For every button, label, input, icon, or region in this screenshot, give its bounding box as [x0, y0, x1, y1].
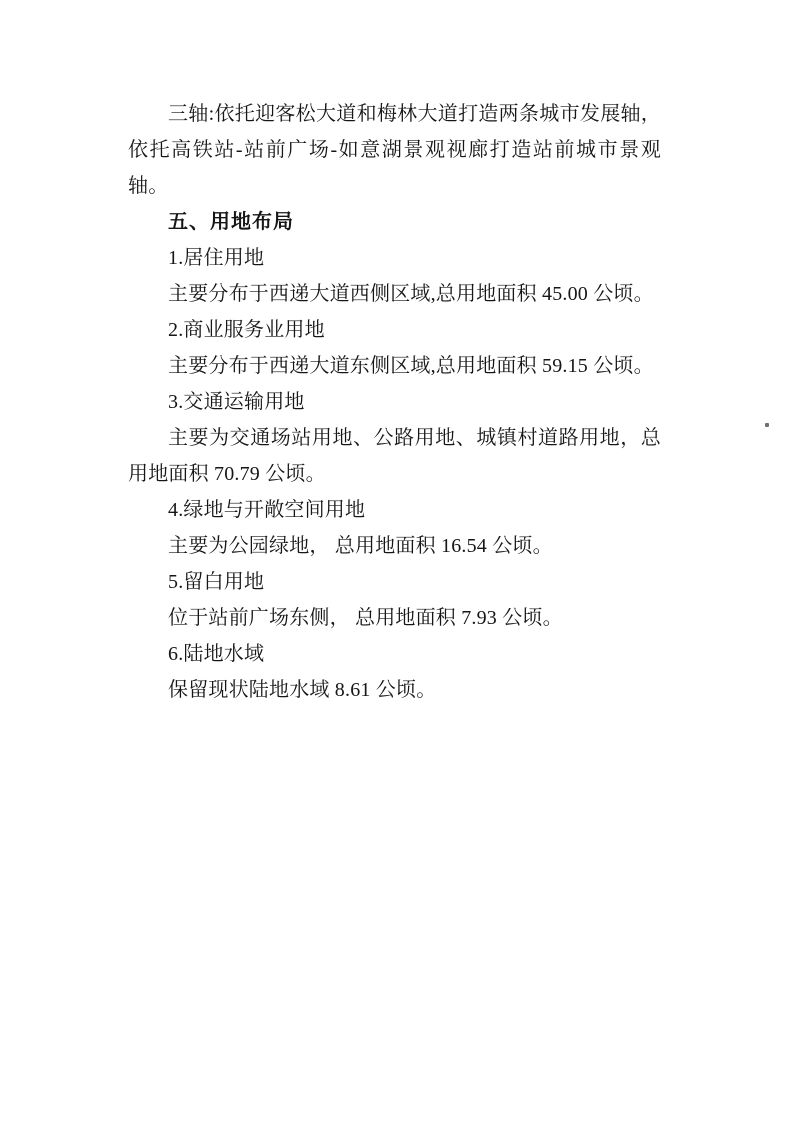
item-4-body-line-1: 主要为公园绿地， 总用地面积 16.54 公顷。	[128, 528, 661, 564]
item-6-title-line-1: 6.陆地水域	[128, 636, 661, 672]
item-4-title-line-1: 4.绿地与开敞空间用地	[128, 492, 661, 528]
item-5-title-line-1: 5.留白用地	[128, 564, 661, 600]
scan-artifact-speck	[765, 423, 769, 427]
item-3-body-line-1: 主要为交通场站用地、公路用地、城镇村道路用地，总	[128, 420, 661, 456]
item-2-title-line-1: 2.商业服务业用地	[128, 312, 661, 348]
para-three-axes-line-2: 依托高铁站-站前广场-如意湖景观视廊打造站前城市景观	[128, 132, 661, 168]
para-three-axes-line-3: 轴。	[128, 168, 661, 204]
document-page: 三轴:依托迎客松大道和梅林大道打造两条城市发展轴，依托高铁站-站前广场-如意湖景…	[0, 0, 793, 1122]
item-5-body-line-1: 位于站前广场东侧， 总用地面积 7.93 公顷。	[128, 600, 661, 636]
heading-land-use-layout-line-1: 五、用地布局	[128, 204, 661, 240]
item-3-title-line-1: 3.交通运输用地	[128, 384, 661, 420]
document-content: 三轴:依托迎客松大道和梅林大道打造两条城市发展轴，依托高铁站-站前广场-如意湖景…	[128, 96, 661, 708]
item-6-body-line-1: 保留现状陆地水域 8.61 公顷。	[128, 672, 661, 708]
item-1-title-line-1: 1.居住用地	[128, 240, 661, 276]
item-3-body-line-2: 用地面积 70.79 公顷。	[128, 456, 661, 492]
para-three-axes-line-1: 三轴:依托迎客松大道和梅林大道打造两条城市发展轴，	[128, 96, 661, 132]
item-1-body-line-1: 主要分布于西递大道西侧区域,总用地面积 45.00 公顷。	[128, 276, 661, 312]
item-2-body-line-1: 主要分布于西递大道东侧区域,总用地面积 59.15 公顷。	[128, 348, 661, 384]
